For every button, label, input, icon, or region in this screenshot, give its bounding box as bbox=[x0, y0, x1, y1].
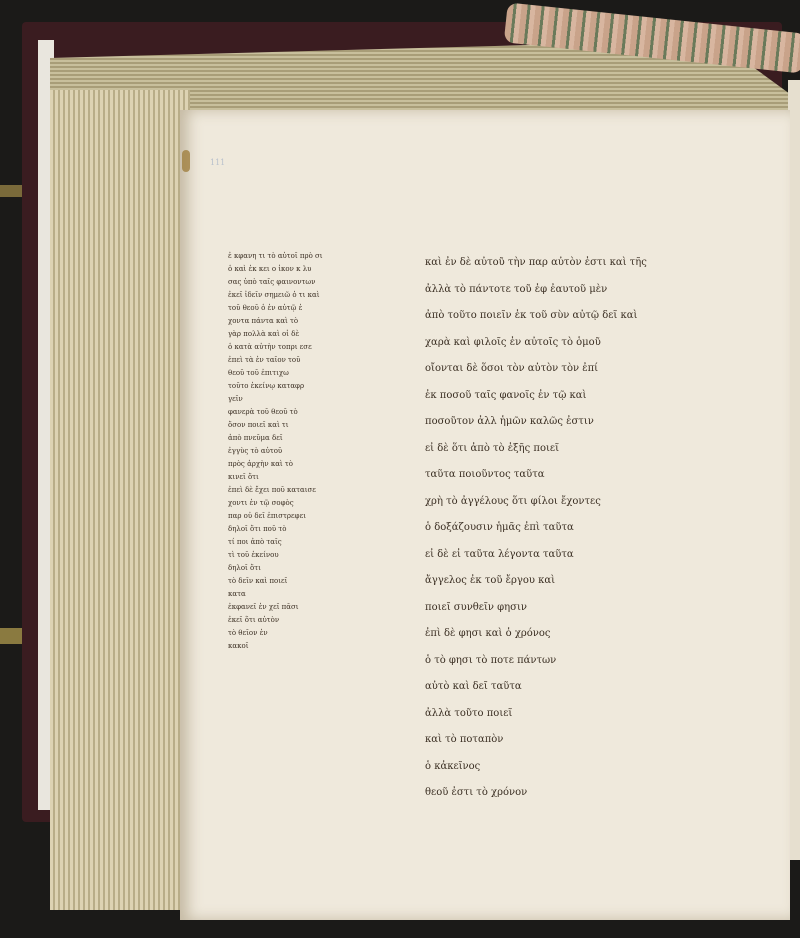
text-line: θεοῦ ἐστι τὸ χρόνον bbox=[425, 780, 780, 807]
text-line: ποιεῖ συνθεῖν φησιν bbox=[425, 595, 780, 622]
text-line: τὶ τοῦ ἐκείνου bbox=[228, 549, 408, 562]
text-line: ταῦτα ποιοῦντος ταῦτα bbox=[425, 462, 780, 489]
text-line: καὶ ἐν δὲ αὐτοῦ τὴν παρ αὐτὸν ἐστι καὶ τ… bbox=[425, 250, 780, 277]
text-line: ἐπεὶ τὰ ἐν ταῖον τοῦ bbox=[228, 354, 408, 367]
text-line: φανερὰ τοῦ θεοῦ τὸ bbox=[228, 406, 408, 419]
text-line: οἴονται δὲ ὅσοι τὸν αὐτὸν τὸν ἐπί bbox=[425, 356, 780, 383]
text-line: εἰ δὲ εἰ ταῦτα λέγοντα ταῦτα bbox=[425, 542, 780, 569]
text-line: τί ποι ἀπὸ ταῖς bbox=[228, 536, 408, 549]
clasp-lower bbox=[0, 628, 22, 644]
scholia-column: ἐ κφανη τι τὸ αὐτοῖ πρὸ σιὁ καὶ ἐκ κει ο… bbox=[228, 250, 408, 653]
text-line: χαρὰ καὶ φιλοῖς ἐν αὐτοῖς τὸ ὁμοῦ bbox=[425, 330, 780, 357]
text-line: κακοῖ bbox=[228, 640, 408, 653]
text-line: παρ οὐ δεῖ ἐπιστρεφει bbox=[228, 510, 408, 523]
text-line: ἐκ ποσοῦ ταῖς φανοῖς ἐν τῷ καὶ bbox=[425, 383, 780, 410]
text-line: ἀπὸ τοῦτο ποιεῖν ἐκ τοῦ σὺν αὐτῷ δεῖ καὶ bbox=[425, 303, 780, 330]
text-line: ὁ κἀκεῖνος bbox=[425, 754, 780, 781]
text-line: χοντι ἐν τῷ σοφὸς bbox=[228, 497, 408, 510]
text-line: ὅσον ποιεῖ καὶ τι bbox=[228, 419, 408, 432]
folio-number: 111 bbox=[210, 158, 225, 167]
text-line: σας ὑπὸ ταῖς φαινοντων bbox=[228, 276, 408, 289]
text-line: αὐτὸ καὶ δεῖ ταῦτα bbox=[425, 674, 780, 701]
text-line: ποσοῦτον ἀλλ ἡμῶν καλῶς ἐστιν bbox=[425, 409, 780, 436]
text-line: τοῦτο ἐκείνῳ καταφρ bbox=[228, 380, 408, 393]
text-line: τοῦ θεοῦ ὁ ἐν αὐτῷ ἐ bbox=[228, 302, 408, 315]
text-line: καὶ τὸ ποταπὸν bbox=[425, 727, 780, 754]
text-line: γεῖν bbox=[228, 393, 408, 406]
text-line: χοντα πάντα καὶ τὸ bbox=[228, 315, 408, 328]
text-line: χρὴ τὸ ἀγγέλους ὅτι φίλοι ἔχοντες bbox=[425, 489, 780, 516]
text-line: ἀλλὰ τοῦτο ποιεῖ bbox=[425, 701, 780, 728]
clasp-upper bbox=[0, 185, 22, 197]
text-line: πρὸς ἀρχὴν καὶ τὸ bbox=[228, 458, 408, 471]
text-line: ἐγγὺς τὸ αὐτοῦ bbox=[228, 445, 408, 458]
text-line: ὁ δοξάζουσιν ἡμᾶς ἐπὶ ταῦτα bbox=[425, 515, 780, 542]
text-line: κινεῖ ὅτι bbox=[228, 471, 408, 484]
main-text-column: καὶ ἐν δὲ αὐτοῦ τὴν παρ αὐτὸν ἐστι καὶ τ… bbox=[425, 250, 780, 807]
text-line: ἐ κφανη τι τὸ αὐτοῖ πρὸ σι bbox=[228, 250, 408, 263]
text-line: δηλοῖ ὅτι ποῦ τὸ bbox=[228, 523, 408, 536]
text-line: ὁ κατὰ αὐτὴν τοπρι εσε bbox=[228, 341, 408, 354]
text-line: ἐπὶ δὲ φησι καὶ ὁ χρόνος bbox=[425, 621, 780, 648]
manuscript-page: 111 ἐ κφανη τι τὸ αὐτοῖ πρὸ σιὁ καὶ ἐκ κ… bbox=[180, 110, 790, 920]
text-line: ἐκεῖ ὅτι αὐτὸν bbox=[228, 614, 408, 627]
text-line: ὁ τὸ φησι τὸ ποτε πάντων bbox=[425, 648, 780, 675]
text-line: κατα bbox=[228, 588, 408, 601]
text-line: τὸ δεῖν καὶ ποιεῖ bbox=[228, 575, 408, 588]
text-line: εἰ δὲ ὅτι ἀπὸ τὸ ἑξῆς ποιεῖ bbox=[425, 436, 780, 463]
text-line: τὸ θεῖον ἐν bbox=[228, 627, 408, 640]
text-line: θεοῦ τοῦ ἐπιτιχω bbox=[228, 367, 408, 380]
text-line: ὁ καὶ ἐκ κει ο ἰκον κ λυ bbox=[228, 263, 408, 276]
page-block-left-edge bbox=[50, 90, 190, 910]
text-line: ἀλλὰ τὸ πάντοτε τοῦ ἐφ ἐαυτοῦ μὲν bbox=[425, 277, 780, 304]
stain-mark bbox=[182, 150, 190, 172]
text-line: ἐκφανεῖ ἐν χεῖ πᾶσι bbox=[228, 601, 408, 614]
text-line: γὰρ πολλὰ καὶ οἰ δὲ bbox=[228, 328, 408, 341]
text-line: ἄγγελος ἐκ τοῦ ἔργου καὶ bbox=[425, 568, 780, 595]
text-line: ἐπεὶ δὲ ἔχει ποῦ καταισε bbox=[228, 484, 408, 497]
text-line: ἐκεῖ ἰδεῖν σημειῶ ὁ τι καὶ bbox=[228, 289, 408, 302]
text-line: δηλοῖ ὅτι bbox=[228, 562, 408, 575]
text-line: ἀπὸ πνεῦμα δεῖ bbox=[228, 432, 408, 445]
